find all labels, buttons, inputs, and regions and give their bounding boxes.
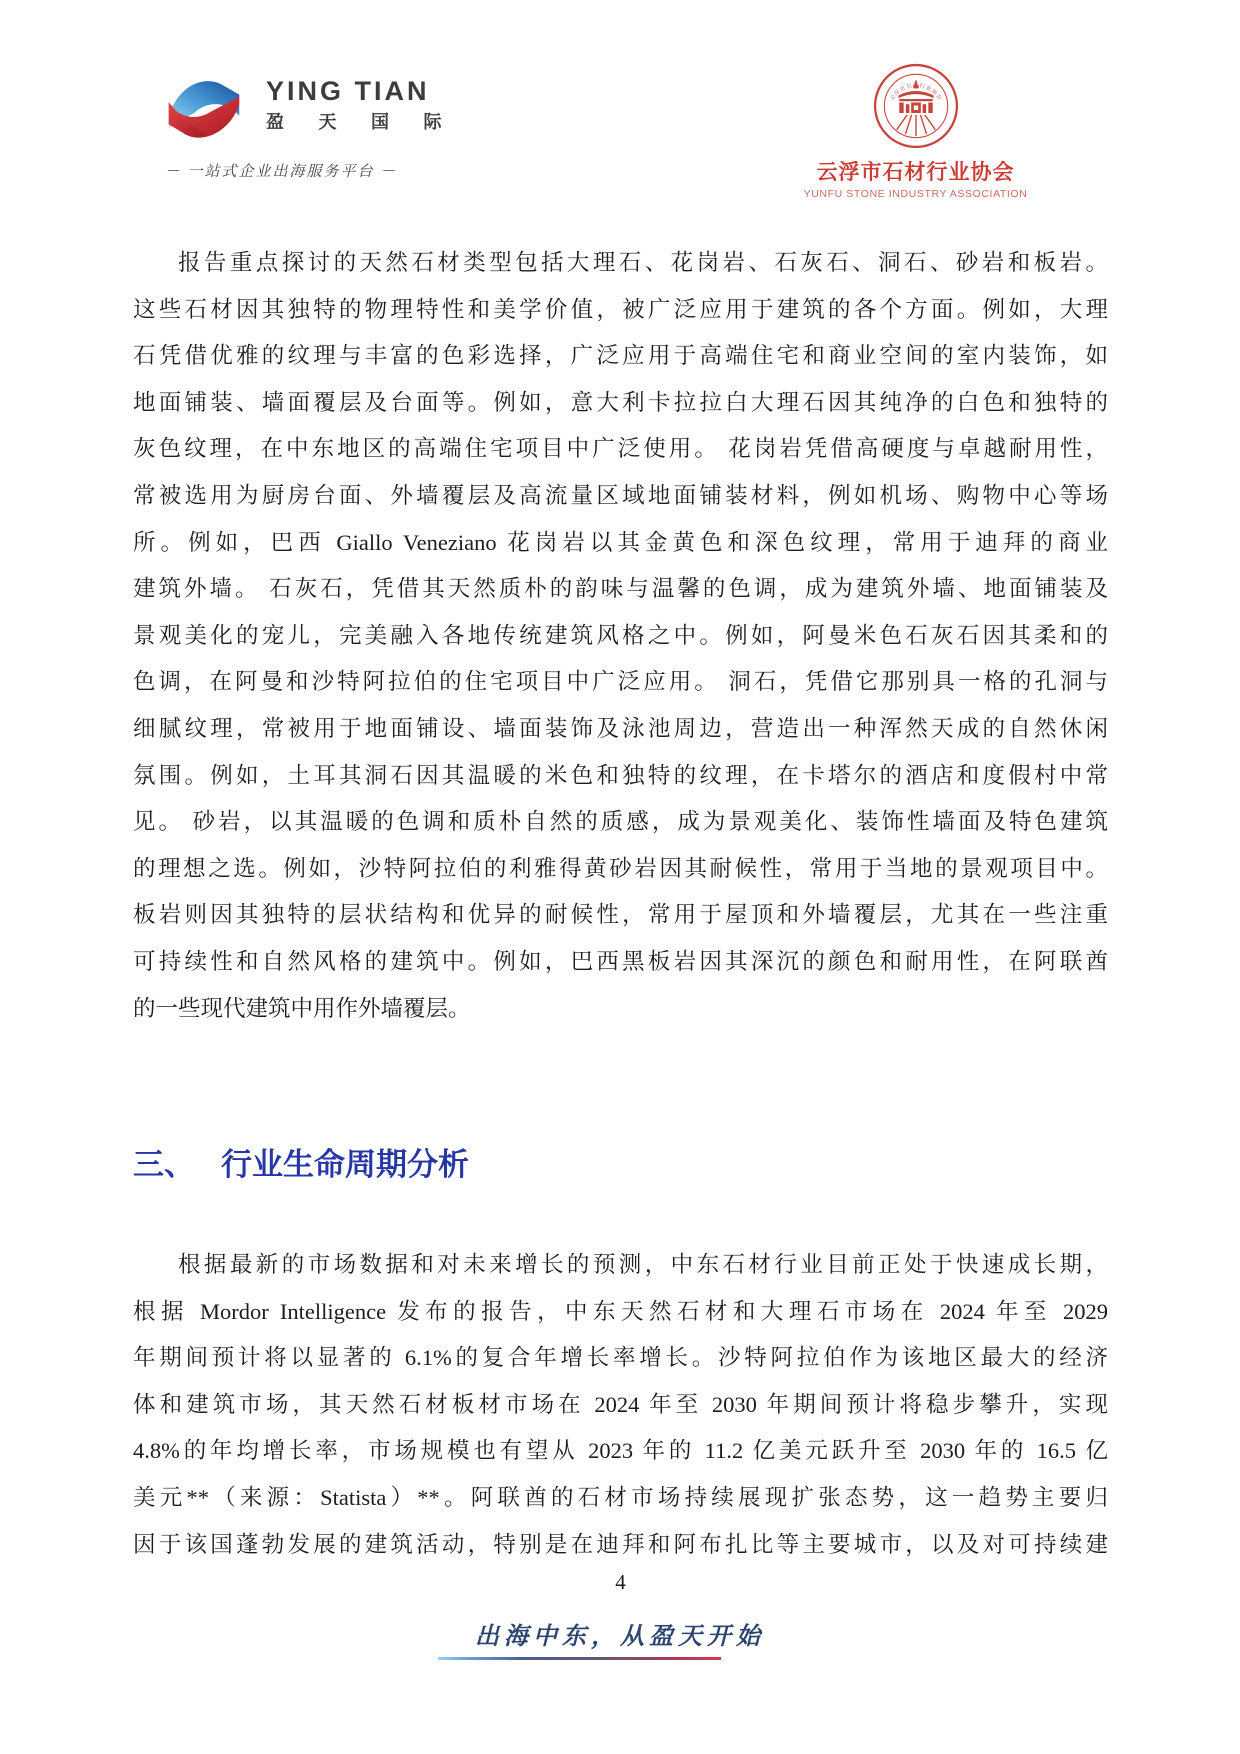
yingtian-brand-block: YING TIAN 盈 天 国 际 － 一站式企业出海服务平台 － (156, 68, 418, 181)
paragraph-lifecycle-analysis: 根据最新的市场数据和对未来增长的预测，中东石材行业目前正处于快速成长期，根据 M… (133, 1242, 1108, 1568)
text-line: 地面铺装、墙面覆层及台面等。例如，意大利卡拉拉白大理石因其纯净的白色和独特的 (133, 380, 1108, 427)
text-line: 报告重点探讨的天然石材类型包括大理石、花岗岩、石灰石、洞石、砂岩和板岩。 (133, 240, 1108, 287)
text-line: 体和建筑市场，其天然石材板材市场在 2024 年至 2030 年期间预计将稳步攀… (133, 1382, 1108, 1429)
brand-tagline: － 一站式企业出海服务平台 － (156, 160, 406, 181)
footer-slogan: 出海中东，从盈天开始 (0, 1616, 1240, 1651)
text-line: 色调，在阿曼和沙特阿拉伯的住宅项目中广泛应用。 洞石，凭借它那别具一格的孔洞与 (133, 659, 1108, 706)
yingtian-logo-icon (156, 68, 252, 148)
report-page: YING TIAN 盈 天 国 际 － 一站式企业出海服务平台 － 云浮市石材行… (0, 0, 1240, 1754)
text-line: 景观美化的宠儿，完美融入各地传统建筑风格之中。例如，阿曼米色石灰石因其柔和的 (133, 613, 1108, 660)
seal-road-glyph (896, 115, 935, 136)
page-number: 4 (133, 1570, 1108, 1595)
text-line: 石凭借优雅的纹理与丰富的色彩选择，广泛应用于高端住宅和商业空间的室内装饰，如 (133, 333, 1108, 380)
text-line: 4.8%的年均增长率，市场规模也有望从 2023 年的 11.2 亿美元跃升至 … (133, 1428, 1108, 1475)
text-line: 建筑外墙。 石灰石，凭借其天然质朴的韵味与温馨的色调，成为建筑外墙、地面铺装及 (133, 566, 1108, 613)
association-seal-icon: 云浮市石材行业协会 (872, 62, 960, 150)
text-line: 的理想之选。例如，沙特阿拉伯的利雅得黄砂岩因其耐候性，常用于当地的景观项目中。 (133, 846, 1108, 893)
text-line: 板岩则因其独特的层状结构和优异的耐候性，常用于屋顶和外墙覆层，尤其在一些注重 (133, 892, 1108, 939)
text-line: 这些石材因其独特的物理特性和美学价值，被广泛应用于建筑的各个方面。例如，大理 (133, 287, 1108, 334)
section-number: 三、 (133, 1147, 195, 1182)
brand-name-en: YING TIAN (266, 78, 457, 105)
text-line: 的一些现代建筑中用作外墙覆层。 (133, 986, 1108, 1033)
text-line: 灰色纹理，在中东地区的高端住宅项目中广泛使用。 花岗岩凭借高硬度与卓越耐用性， (133, 426, 1108, 473)
text-line: 见。 砂岩，以其温暖的色调和质朴自然的质感，成为景观美化、装饰性墙面及特色建筑 (133, 799, 1108, 846)
text-line: 美元**（来源：Statista）**。阿联酋的石材市场持续展现扩张态势，这一趋… (133, 1475, 1108, 1522)
document-body: 报告重点探讨的天然石材类型包括大理石、花岗岩、石灰石、洞石、砂岩和板岩。这些石材… (133, 240, 1108, 1568)
text-line: 根据最新的市场数据和对未来增长的预测，中东石材行业目前正处于快速成长期， (133, 1242, 1108, 1289)
text-line: 氛围。例如，土耳其洞石因其温暖的米色和独特的纹理，在卡塔尔的酒店和度假村中常 (133, 753, 1108, 800)
brand-row: YING TIAN 盈 天 国 际 (156, 68, 418, 148)
association-name-cn: 云浮市石材行业协会 (793, 161, 1038, 184)
text-line: 细腻纹理，常被用于地面铺设、墙面装饰及泳池周边，营造出一种浑然天成的自然休闲 (133, 706, 1108, 753)
seal-gate-glyph (898, 80, 933, 113)
text-line: 年期间预计将以显著的 6.1%的复合年增长率增长。沙特阿拉伯作为该地区最大的经济 (133, 1335, 1108, 1382)
brand-name-cn: 盈 天 国 际 (266, 113, 457, 131)
paragraph-stone-types: 报告重点探讨的天然石材类型包括大理石、花岗岩、石灰石、洞石、砂岩和板岩。这些石材… (133, 240, 1108, 1032)
footer-divider-line (438, 1657, 721, 1660)
section-title: 行业生命周期分析 (221, 1147, 469, 1182)
text-line: 所。例如，巴西 Giallo Veneziano 花岗岩以其金黄色和深色纹理，常… (133, 520, 1108, 567)
section-heading: 三、行业生命周期分析 (133, 1142, 1108, 1188)
text-line: 根据 Mordor Intelligence 发布的报告，中东天然石材和大理石市… (133, 1289, 1108, 1336)
brand-wordmark: YING TIAN 盈 天 国 际 (266, 68, 457, 131)
text-line: 常被选用为厨房台面、外墙覆层及高流量区域地面铺装材料，例如机场、购物中心等场 (133, 473, 1108, 520)
text-line: 可持续性和自然风格的建筑中。例如，巴西黑板岩因其深沉的颜色和耐用性，在阿联酋 (133, 939, 1108, 986)
association-block: 云浮市石材行业协会 云浮市石材行业协会 YUNFU (793, 62, 1038, 200)
text-line: 因于该国蓬勃发展的建筑活动，特别是在迪拜和阿布扎比等主要城市，以及对可持续建 (133, 1522, 1108, 1569)
association-name-en: YUNFU STONE INDUSTRY ASSOCIATION (793, 188, 1038, 200)
